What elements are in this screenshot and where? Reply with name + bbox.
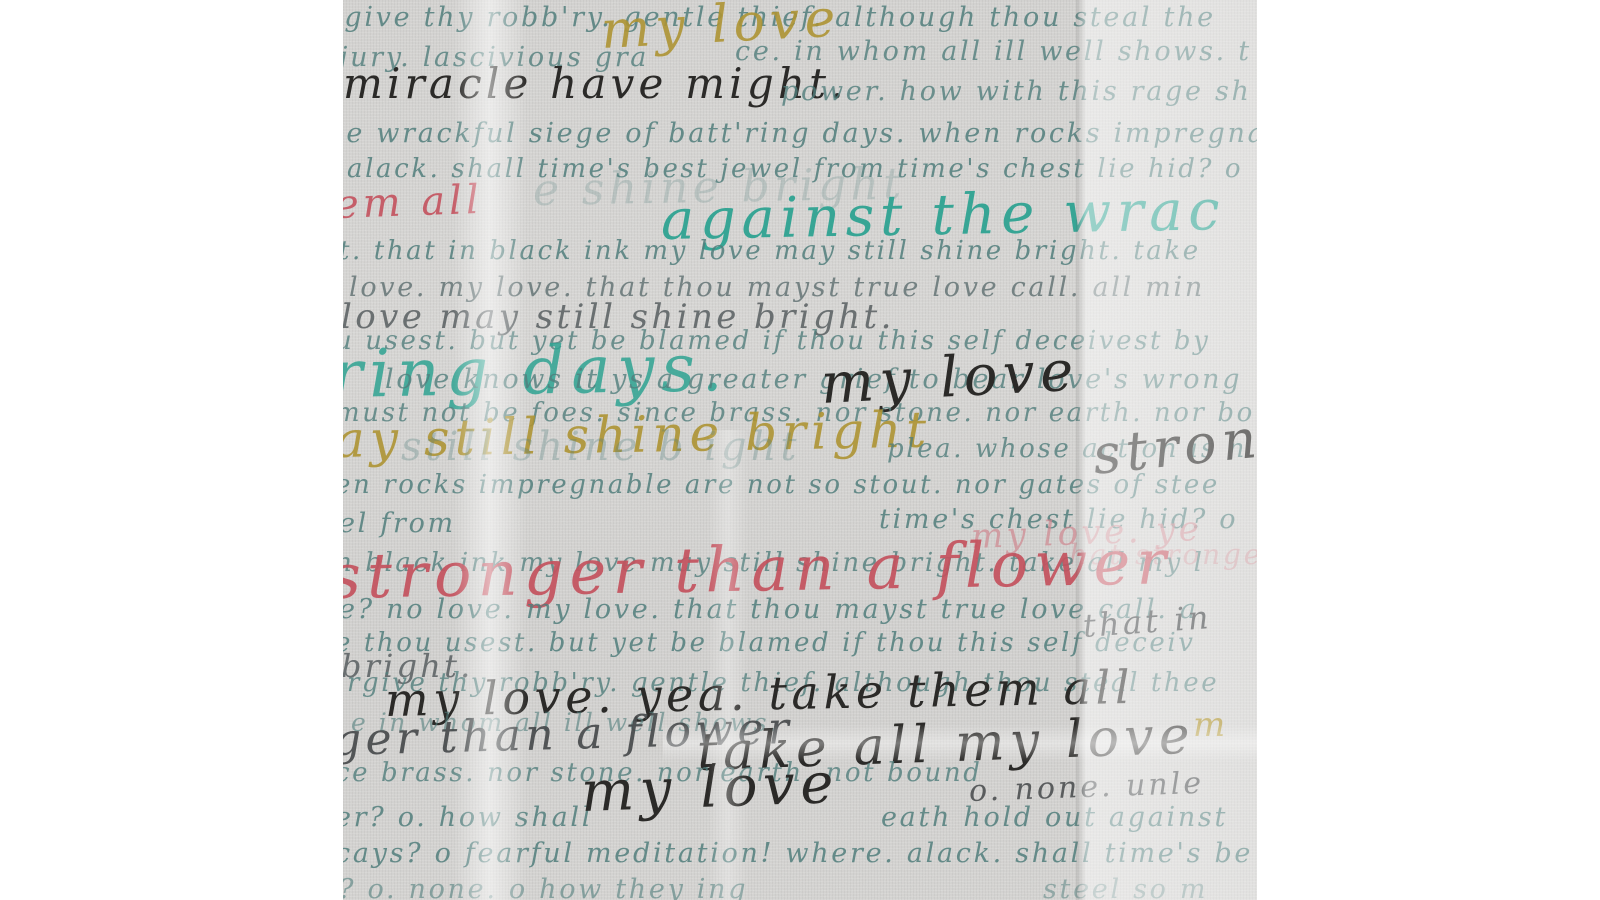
script-text-line: em all (343, 179, 483, 226)
fabric-pattern: igive thy robb'ry. gentle thief. althoug… (343, 0, 1257, 900)
left-margin (0, 0, 343, 900)
script-text-line: cays? o fearful meditation! where. alack… (343, 840, 1253, 868)
script-text-line: en rocks impregnable are not so stout. n… (343, 472, 1220, 499)
script-text-line: love knows it ys a greater grief to bear… (385, 366, 1242, 394)
script-text-line: el from (343, 510, 456, 538)
script-text-line: t. that in black ink my love may still s… (343, 238, 1201, 265)
script-text-line: le wrackful siege of batt'ring days. whe… (343, 120, 1257, 148)
script-text-line: miracle have might. (343, 62, 848, 106)
script-text-line: power. how with this rage sh (781, 78, 1252, 106)
right-margin (1257, 0, 1600, 900)
script-text-line: my love (580, 755, 840, 823)
page: igive thy robb'ry. gentle thief. althoug… (0, 0, 1600, 900)
script-text-line: er? o. how shall (343, 804, 593, 832)
script-text-line: m (1193, 708, 1229, 744)
script-text-line: ? o. none. o how they ing (343, 876, 748, 900)
script-text-line: steel so m (1043, 876, 1208, 900)
text-layer: igive thy robb'ry. gentle thief. althoug… (343, 0, 1257, 900)
script-text-line: e? no love. my love. that thou mayst tru… (343, 596, 1199, 624)
script-text-line: eath hold out against (881, 804, 1228, 832)
script-text-line: still shine b ight (401, 426, 800, 468)
